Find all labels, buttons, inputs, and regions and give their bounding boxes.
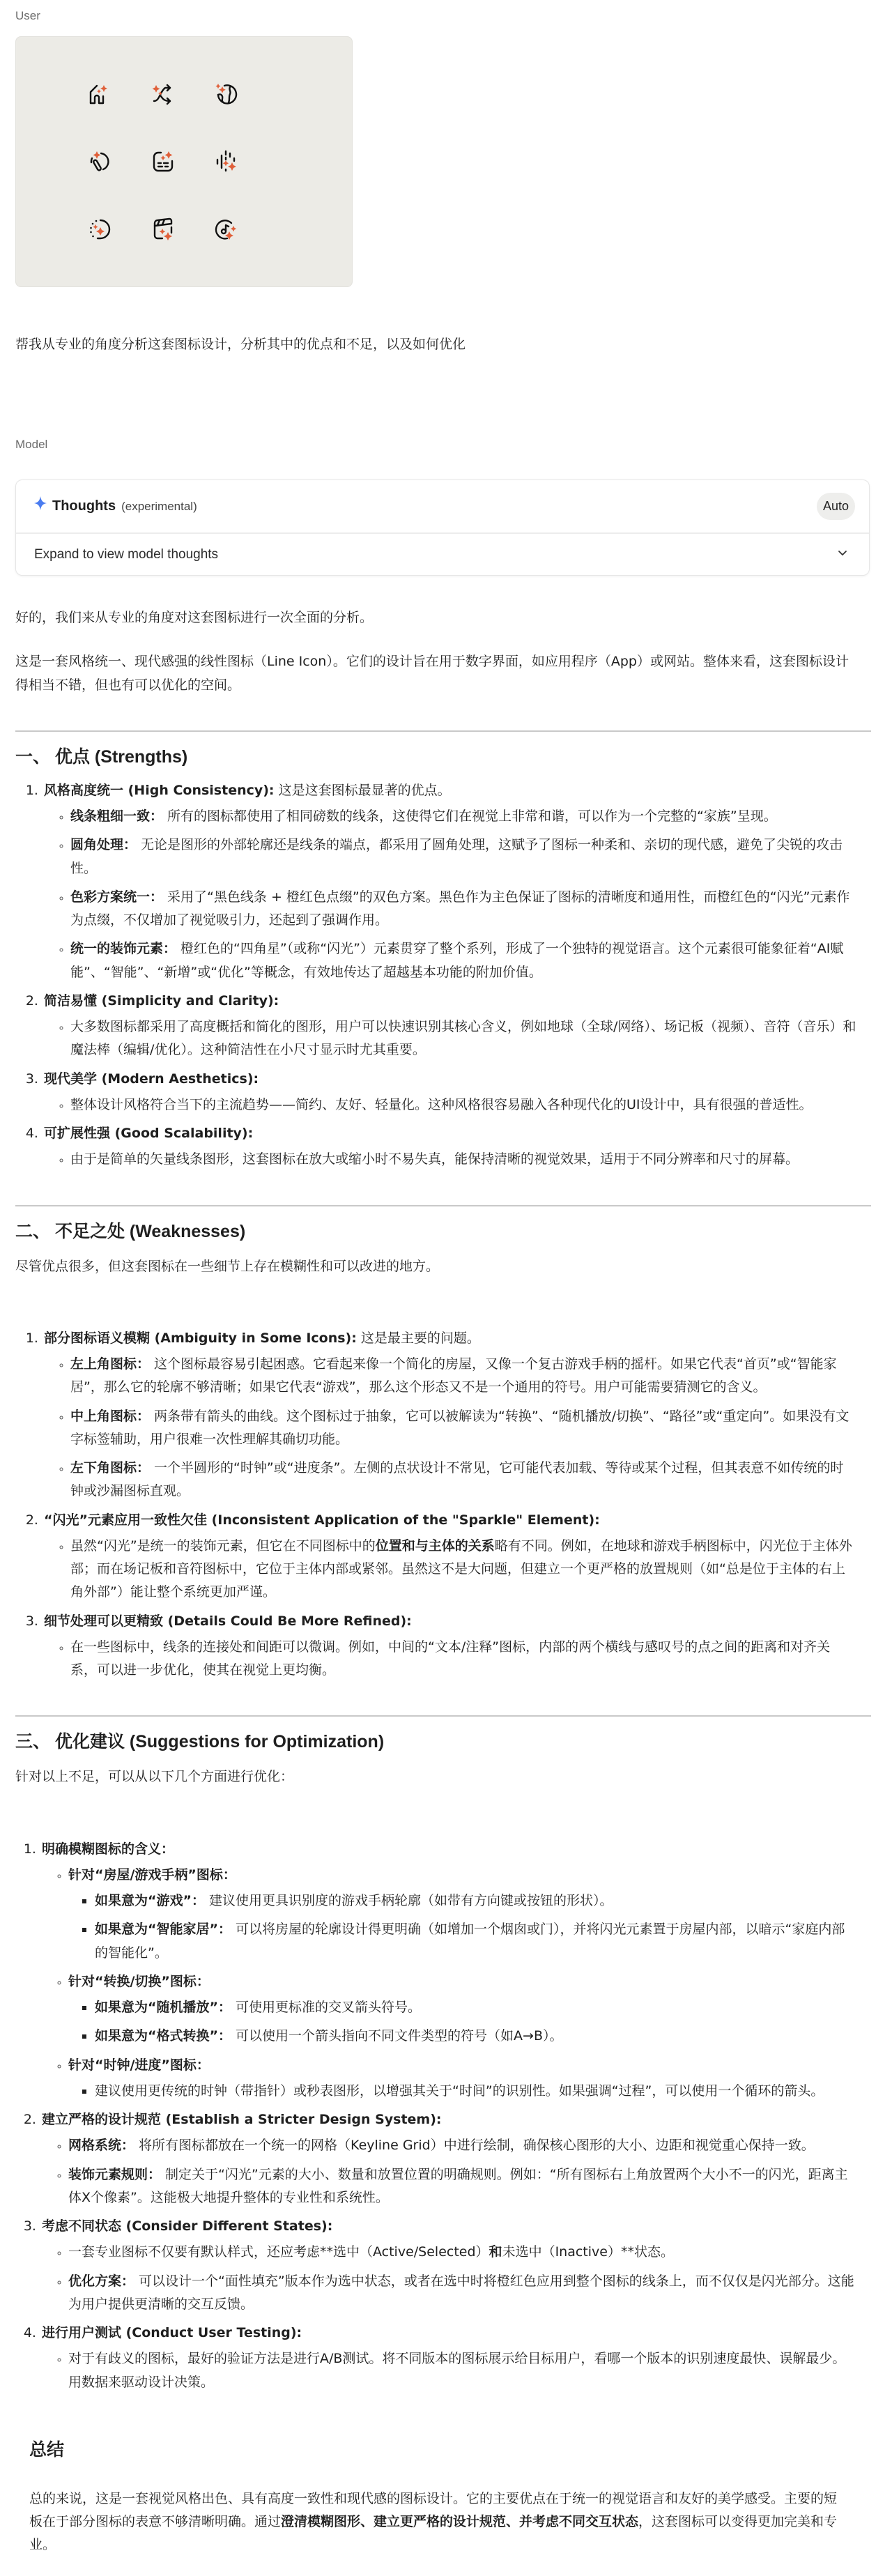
list-item: 明确模糊图标的含义： 针对“房屋/游戏手柄”图标： 如果意为“游戏”： 建议使用… xyxy=(40,1838,856,2103)
item-title: 明确模糊图标的含义： xyxy=(42,1841,174,1857)
list-item: 如果意为“游戏”： 建议使用更具识别度的游戏手柄轮廓（如带有方向键或按钮的形状）… xyxy=(95,1889,856,1912)
section-divider xyxy=(15,1715,871,1717)
list-item: 对于有歧义的图标，最好的验证方法是进行A/B测试。将不同版本的图标展示给目标用户… xyxy=(68,2347,856,2394)
summary-paragraph: 总的来说，这是一套视觉风格出色、具有高度一致性和现代感的图标设计。它的主要优点在… xyxy=(29,2487,856,2557)
list-item: 进行用户测试 (Conduct User Testing): 对于有歧义的图标，… xyxy=(40,2322,856,2394)
list-item: 在一些图标中，线条的连接处和间距可以微调。例如，中间的“文本/注释”图标，内部的… xyxy=(70,1636,856,1682)
thoughts-title: Thoughts xyxy=(52,494,116,519)
section-heading-weaknesses: 二、 不足之处 (Weaknesses) xyxy=(15,1218,856,1245)
summary-heading: 总结 xyxy=(29,2436,856,2464)
icon-grid xyxy=(88,82,238,241)
list-item: 色彩方案统一： 采用了“黑色线条 + 橙红色点缀”的双色方案。黑色作为主色保证了… xyxy=(70,886,856,933)
strengths-list: 风格高度统一 (High Consistency): 这是这套图标最显著的优点。… xyxy=(15,779,856,1172)
intro-paragraph: 这是一套风格统一、现代感强的线性图标（Line Icon）。它们的设计旨在用于数… xyxy=(15,650,856,697)
sparkle-icon xyxy=(34,495,47,518)
list-item: 装饰元素规则： 制定关于“闪光”元素的大小、数量和放置位置的明确规则。例如：“所… xyxy=(68,2163,856,2210)
list-item: 针对“时钟/进度”图标： 建议使用更传统的时钟（带指针）或秒表图形，以增强其关于… xyxy=(68,2054,856,2103)
shuffle-arrows-sparkle-icon xyxy=(151,82,175,106)
magic-wand-sparkle-icon xyxy=(88,150,111,174)
weaknesses-intro: 尽管优点很多，但这套图标在一些细节上存在模糊性和可以改进的地方。 xyxy=(15,1255,856,1278)
model-role-label: Model xyxy=(15,434,856,455)
user-role-label: User xyxy=(15,0,856,28)
expand-thoughts-toggle[interactable]: Expand to view model thoughts xyxy=(16,534,869,575)
music-note-sparkle-icon xyxy=(215,217,238,241)
list-item: 建议使用更传统的时钟（带指针）或秒表图形，以增强其关于“时间”的识别性。如果强调… xyxy=(95,2080,856,2103)
list-item: 细节处理可以更精致 (Details Could Be More Refined… xyxy=(43,1610,856,1682)
list-item: 虽然“闪光”是统一的装饰元素，但它在不同图标中的位置和与主体的关系略有不同。例如… xyxy=(70,1535,856,1604)
section-heading-suggestions: 三、 优化建议 (Suggestions for Optimization) xyxy=(15,1728,856,1756)
house-gamepad-sparkle-icon xyxy=(88,82,111,106)
expand-thoughts-label: Expand to view model thoughts xyxy=(34,543,218,566)
list-item: 现代美学 (Modern Aesthetics): 整体设计风格符合当下的主流趋… xyxy=(43,1068,856,1117)
thoughts-header: Thoughts (experimental) Auto xyxy=(16,480,869,534)
intro-paragraph: 好的，我们来从专业的角度对这套图标进行一次全面的分析。 xyxy=(15,606,856,629)
list-item: 左上角图标： 这个图标最容易引起困惑。它看起来像一个简化的房屋，又像一个复古游戏… xyxy=(70,1353,856,1400)
list-item: 建立严格的设计规范 (Establish a Stricter Design S… xyxy=(40,2108,856,2209)
progress-clock-sparkle-icon xyxy=(88,217,111,241)
list-item: 如果意为“随机播放”： 可使用更标准的交叉箭头符号。 xyxy=(95,1996,856,2019)
item-title: 考虑不同状态 (Consider Different States): xyxy=(42,2218,332,2234)
thoughts-subtitle: (experimental) xyxy=(121,496,197,517)
list-item: 针对“转换/切换”图标： 如果意为“随机播放”： 可使用更标准的交叉箭头符号。 … xyxy=(68,1970,856,2048)
model-response: 好的，我们来从专业的角度对这套图标进行一次全面的分析。 这是一套风格统一、现代感… xyxy=(15,606,856,2571)
uploaded-image[interactable] xyxy=(15,36,353,287)
weaknesses-list: 部分图标语义模糊 (Ambiguity in Some Icons): 这是最主… xyxy=(15,1327,856,1682)
list-item: 整体设计风格符合当下的主流趋势——简约、友好、轻量化。这种风格很容易融入各种现代… xyxy=(70,1094,856,1117)
list-item: 圆角处理： 无论是图形的外部轮廓还是线条的端点，都采用了圆角处理，这赋予了图标一… xyxy=(70,834,856,880)
item-title: 简洁易懂 (Simplicity and Clarity): xyxy=(44,993,279,1009)
list-item: “闪光”元素应用一致性欠佳 (Inconsistent Application … xyxy=(43,1509,856,1604)
list-item: 可扩展性强 (Good Scalability): 由于是简单的矢量线条图形，这… xyxy=(43,1122,856,1172)
list-item: 中上角图标： 两条带有箭头的曲线。这个图标过于抽象，它可以被解读为“转换”、“随… xyxy=(70,1405,856,1452)
suggestions-intro: 针对以上不足，可以从以下几个方面进行优化： xyxy=(15,1765,856,1788)
list-item: 如果意为“智能家居”： 可以将房屋的轮廓设计得更明确（如增加一个烟囱或门），并将… xyxy=(95,1918,856,1965)
list-item: 风格高度统一 (High Consistency): 这是这套图标最显著的优点。… xyxy=(43,779,856,984)
soundwave-sparkle-icon xyxy=(215,150,238,174)
section-heading-strengths: 一、 优点 (Strengths) xyxy=(15,743,856,771)
thinking-mode-badge[interactable]: Auto xyxy=(817,493,855,521)
item-title: 可扩展性强 (Good Scalability): xyxy=(44,1126,253,1141)
list-item: 由于是简单的矢量线条图形，这套图标在放大或缩小时不易失真，能保持清晰的视觉效果，… xyxy=(70,1148,856,1171)
list-item: 如果意为“格式转换”： 可以使用一个箭头指向不同文件类型的符号（如A→B）。 xyxy=(95,2025,856,2048)
item-title: 风格高度统一 (High Consistency): xyxy=(44,783,275,798)
text-note-sparkle-icon xyxy=(151,150,175,174)
list-item: 线条粗细一致： 所有的图标都使用了相同磅数的线条，这使得它们在视觉上非常和谐，可… xyxy=(70,805,856,828)
item-title: “闪光”元素应用一致性欠佳 (Inconsistent Application … xyxy=(44,1512,600,1528)
chat-transcript: User xyxy=(0,0,875,2571)
item-title: 现代美学 (Modern Aesthetics): xyxy=(44,1071,259,1087)
summary-section: 总结 总的来说，这是一套视觉风格出色、具有高度一致性和现代感的图标设计。它的主要… xyxy=(15,2436,856,2557)
list-item: 大多数图标都采用了高度概括和简化的图形，用户可以快速识别其核心含义，例如地球（全… xyxy=(70,1015,856,1062)
list-item: 针对“房屋/游戏手柄”图标： 如果意为“游戏”： 建议使用更具识别度的游戏手柄轮… xyxy=(68,1864,856,1965)
item-title: 细节处理可以更精致 (Details Could Be More Refined… xyxy=(44,1613,412,1629)
globe-sparkle-icon xyxy=(215,82,238,106)
list-item: 网格系统： 将所有图标都放在一个统一的网格（Keyline Grid）中进行绘制… xyxy=(68,2134,856,2157)
item-desc: 这是这套图标最显著的优点。 xyxy=(275,783,451,798)
item-title: 部分图标语义模糊 (Ambiguity in Some Icons): xyxy=(44,1331,357,1346)
suggestions-list: 明确模糊图标的含义： 针对“房屋/游戏手柄”图标： 如果意为“游戏”： 建议使用… xyxy=(15,1838,856,2394)
list-item: 简洁易懂 (Simplicity and Clarity): 大多数图标都采用了… xyxy=(43,990,856,1062)
list-item: 一套专业图标不仅要有默认样式，还应考虑**选中（Active/Selected）… xyxy=(68,2241,856,2264)
item-title: 建立严格的设计规范 (Establish a Stricter Design S… xyxy=(42,2112,442,2127)
thoughts-panel: Thoughts (experimental) Auto Expand to v… xyxy=(15,480,870,576)
list-item: 左下角图标： 一个半圆形的“时钟”或“进度条”。左侧的点状设计不常见，它可能代表… xyxy=(70,1457,856,1503)
list-item: 统一的装饰元素： 橙红色的“四角星”（或称“闪光”）元素贯穿了整个系列，形成了一… xyxy=(70,937,856,984)
list-item: 考虑不同状态 (Consider Different States): 一套专业… xyxy=(40,2215,856,2316)
chevron-down-icon[interactable] xyxy=(837,543,848,566)
clapperboard-sparkle-icon xyxy=(151,217,175,241)
section-divider xyxy=(15,1205,871,1206)
section-divider xyxy=(15,730,871,732)
user-prompt: 帮我从专业的角度分析这套图标设计，分析其中的优点和不足，以及如何优化 xyxy=(15,333,856,356)
item-title: 进行用户测试 (Conduct User Testing): xyxy=(42,2325,302,2340)
list-item: 部分图标语义模糊 (Ambiguity in Some Icons): 这是最主… xyxy=(43,1327,856,1503)
list-item: 优化方案： 可以设计一个“面性填充”版本作为选中状态，或者在选中时将橙红色应用到… xyxy=(68,2270,856,2317)
